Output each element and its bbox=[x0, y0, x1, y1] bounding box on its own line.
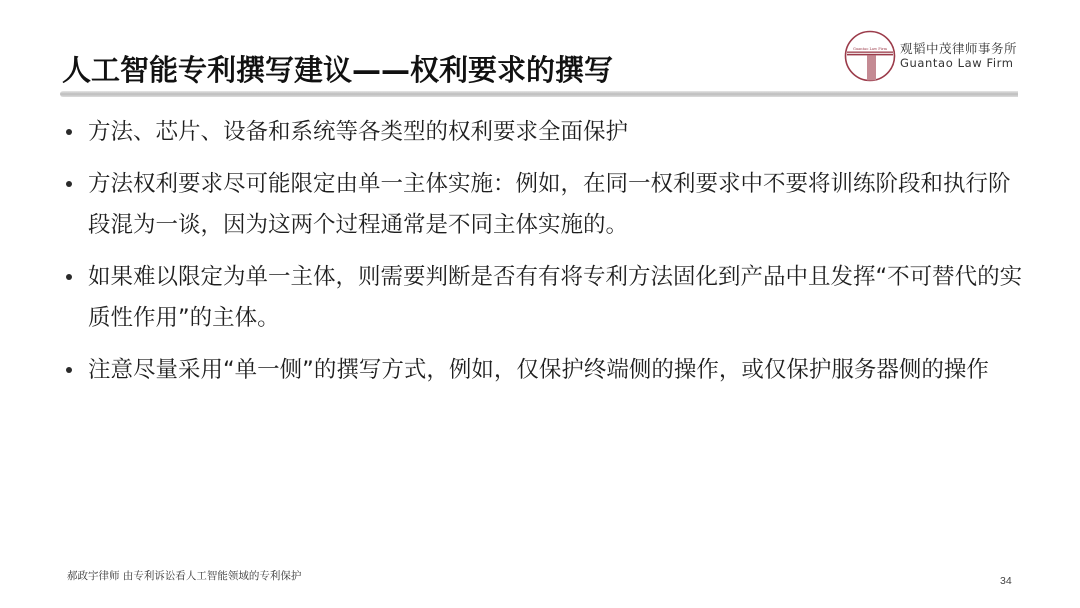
bullet-dot-icon bbox=[66, 129, 72, 135]
firm-logo-mark-icon: Guantao Law Firm bbox=[843, 29, 897, 83]
slide: 人工智能专利撰写建议——权利要求的撰写 Guantao Law Firm 观韬中… bbox=[0, 0, 1080, 608]
page-number: 34 bbox=[1000, 575, 1012, 587]
firm-name-en: Guantao Law Firm bbox=[900, 56, 1017, 71]
title-divider bbox=[60, 91, 1018, 97]
bullet-item: 注意尽量采用“单一侧”的撰写方式，例如，仅保护终端侧的操作，或仅保护服务器侧的操… bbox=[66, 350, 1026, 391]
bullet-dot-icon bbox=[66, 367, 72, 373]
bullet-item: 如果难以限定为单一主体，则需要判断是否有有将专利方法固化到产品中且发挥“不可替代… bbox=[66, 257, 1026, 339]
slide-title: 人工智能专利撰写建议——权利要求的撰写 bbox=[62, 52, 613, 88]
footer-text: 郝政宇律师 由专利诉讼看人工智能领域的专利保护 bbox=[67, 568, 301, 583]
bullet-text: 注意尽量采用“单一侧”的撰写方式，例如，仅保护终端侧的操作，或仅保护服务器侧的操… bbox=[88, 357, 989, 383]
bullet-dot-icon bbox=[66, 274, 72, 280]
bullet-text: 方法权利要求尽可能限定由单一主体实施：例如，在同一权利要求中不要将训练阶段和执行… bbox=[88, 171, 1011, 238]
bullet-item: 方法权利要求尽可能限定由单一主体实施：例如，在同一权利要求中不要将训练阶段和执行… bbox=[66, 164, 1026, 246]
bullet-text: 如果难以限定为单一主体，则需要判断是否有有将专利方法固化到产品中且发挥“不可替代… bbox=[88, 264, 1022, 331]
svg-text:Guantao Law Firm: Guantao Law Firm bbox=[853, 47, 888, 51]
bullet-item: 方法、芯片、设备和系统等各类型的权利要求全面保护 bbox=[66, 112, 1026, 153]
bullet-dot-icon bbox=[66, 181, 72, 187]
bullet-list: 方法、芯片、设备和系统等各类型的权利要求全面保护 方法权利要求尽可能限定由单一主… bbox=[66, 112, 1026, 402]
firm-name-cn: 观韬中茂律师事务所 bbox=[900, 41, 1017, 56]
firm-logo: Guantao Law Firm 观韬中茂律师事务所 Guantao Law F… bbox=[843, 29, 1017, 83]
bullet-text: 方法、芯片、设备和系统等各类型的权利要求全面保护 bbox=[88, 119, 628, 145]
